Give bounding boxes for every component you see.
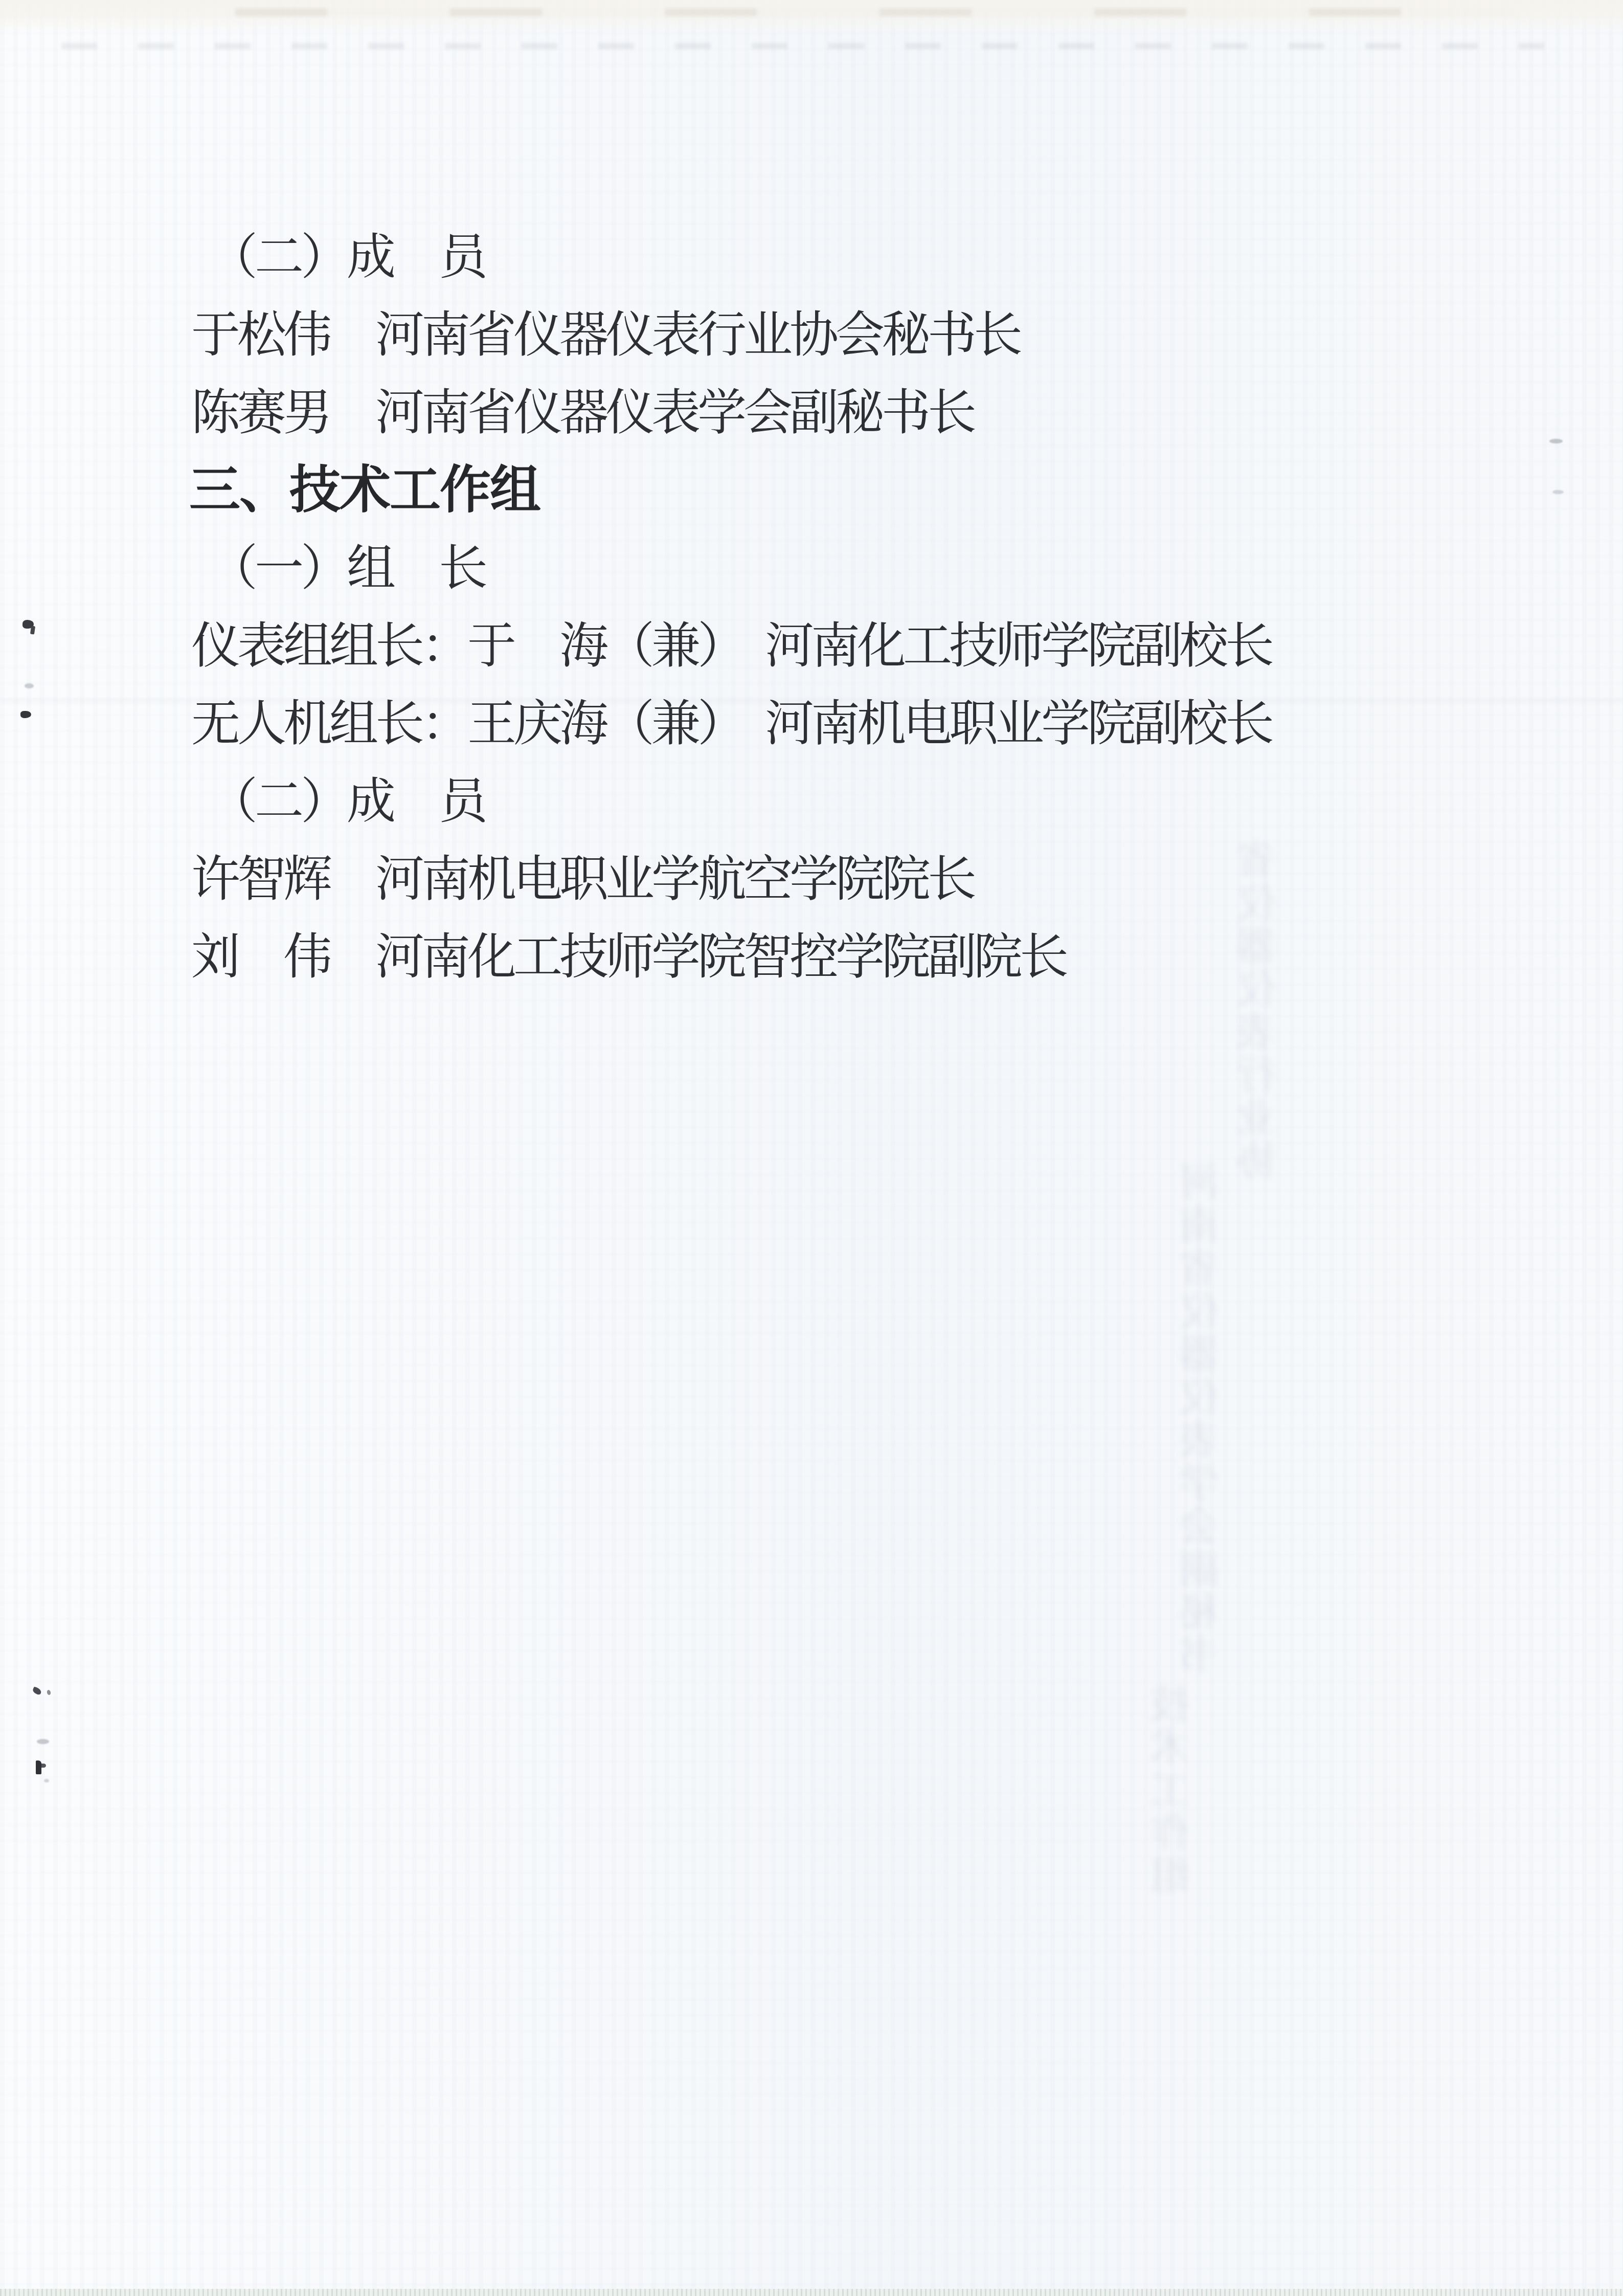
bleedthrough-column: 省仪器仪表行业协 <box>1231 839 1289 1166</box>
scan-bottom-edge-band <box>0 2289 1623 2296</box>
scan-smudge-line <box>61 43 1544 49</box>
ink-speck <box>47 1689 51 1695</box>
ink-speck <box>41 1764 46 1768</box>
subheading-members: （二）成 员 <box>209 233 485 282</box>
scan-smudge-top-band <box>235 8 1514 16</box>
leader-entry-uav-group: 无人机组长：王庆海（兼） 河南机电职业学院副校长 <box>191 699 1271 748</box>
section-heading-tech-group: 三、技术工作组 <box>189 464 540 516</box>
ink-speck <box>37 1739 49 1744</box>
ink-speck <box>30 626 35 635</box>
ink-speck <box>32 1686 42 1695</box>
ink-speck <box>36 1760 41 1774</box>
scan-dash-artifact <box>1552 490 1564 494</box>
bleedthrough-column: 技术工作组 <box>1144 1683 1202 1898</box>
member-entry-xu-zhihui: 许智辉 河南机电职业学航空学院院长 <box>191 855 974 904</box>
subheading-group-leader: （一）组 长 <box>209 544 485 593</box>
leader-entry-instrument-group: 仪表组组长：于 海（兼） 河南化工技师学院副校长 <box>191 621 1271 671</box>
subheading-members-2: （二）成 员 <box>209 777 485 826</box>
member-entry-liu-wei: 刘 伟 河南化工技师学院智控学院副院长 <box>191 932 1066 982</box>
ink-speck <box>44 1779 49 1782</box>
scanned-document-page: 省仪器仪表行业协 河南省仪器仪表学会副秘书 技术工作组 （二）成 员 于松伟 河… <box>0 0 1623 2296</box>
ink-speck <box>20 711 31 718</box>
bleedthrough-column: 河南省仪器仪表学会副秘书 <box>1174 1161 1231 1877</box>
scan-dash-artifact <box>1549 439 1563 443</box>
ink-speck <box>25 683 34 688</box>
member-entry-yu-songwei: 于松伟 河南省仪器仪表行业协会秘书长 <box>191 310 1020 360</box>
member-entry-chen-sainan: 陈赛男 河南省仪器仪表学会副秘书长 <box>191 388 974 437</box>
